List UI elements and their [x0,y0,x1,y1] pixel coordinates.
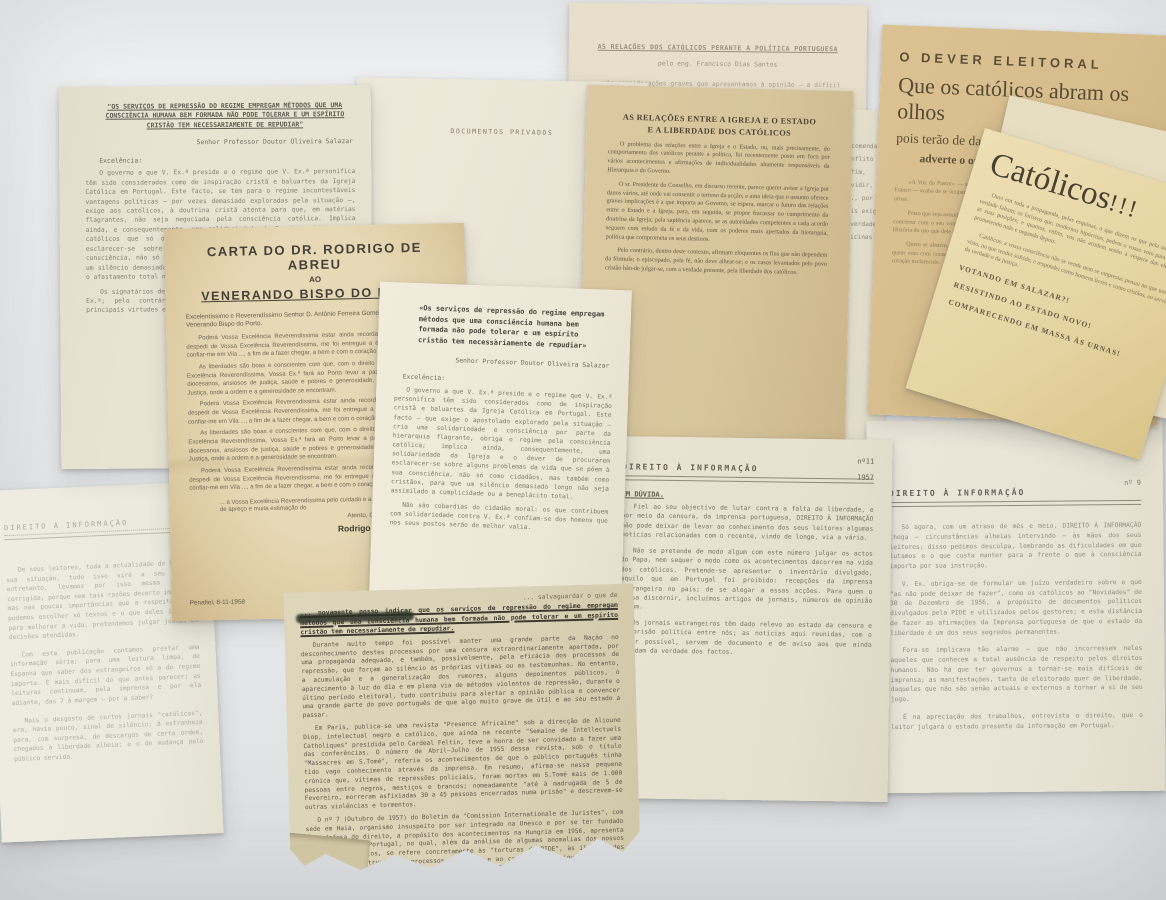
masthead-rule: 1957 [622,479,874,484]
bulletin-paragraph: Fora-se implicava tão alarme — que não i… [890,644,1143,705]
bulletin-paragraph: De seus leitores, toda a actualidade de … [6,558,199,643]
carta-place-date: Penafiel, 8-11-1958 [190,599,245,607]
typed-byline: pelo eng. Francisco Dias Santos [595,59,841,70]
letter-paragraph: O governo a que V. Ex.ª preside e o regi… [391,385,613,503]
bulletin-paragraph: Mais o desgosto de certos jornais "catól… [12,708,204,764]
document-excelencia-letter: «Os serviços de repressão do regime empr… [368,282,632,633]
bulletin-paragraph: V. Ex. obriga-se de formular um juízo ve… [890,578,1143,639]
bulletin-issue-number: nº11 [857,458,874,466]
document-direito-informacao-9: DIREITO À INFORMAÇÃO nº 9 Só agora, com … [866,419,1165,794]
bulletin-masthead: DIREITO À INFORMAÇÃO [889,488,1025,498]
pamphlet-kicker: O DEVER ELEITORAL [899,49,1153,74]
bulletin-paragraph: Com esta publicação contamos prestar uma… [9,643,201,709]
flyer-title-exclamations: !!! [1105,190,1141,224]
typed-title: AS RELAÇÕES DOS CATÓLICOS PERANTE A POLÍ… [595,43,841,54]
letter-paragraph: Não são cobardias do cidadão moral: os q… [389,500,608,535]
document-massacres-pide-page: ... salvaguardar o que de ... novamente … [283,583,640,874]
letter-quote-header: "OS SERVIÇOS DE REPRESSÃO DO REGIME EMPR… [103,101,347,131]
photograph-of-documents: AS RELAÇÕES DOS CATÓLICOS PERANTE A POLÍ… [0,0,1166,900]
bulletin-paragraph: Os jornais estrangeiros têm dado relevo … [619,618,872,659]
letter-salutation: Senhor Professor Doutor Oliveira Salazar [85,137,353,147]
bulletin-paragraph: Só agora, com um atraso de mês e meio, D… [889,521,1141,572]
bulletin-issue-number: nº 9 [1124,479,1141,487]
carta-title: CARTA DO DR. RODRIGO DE ABREU [184,239,445,274]
letter-quote: «Os serviços de repressão do regime empr… [418,303,609,352]
document-direito-informacao-11: DIREITO À INFORMAÇÃO nº11 1957 EM DÚVIDA… [599,436,892,802]
bulletin-section-heading: EM DÚVIDA. [622,490,874,502]
essay-paragraph: O sr. Presidente do Conselho, em discurs… [606,180,829,247]
bulletin-paragraph: Não se pretende de modo algum com este n… [620,546,873,616]
folded-corner [270,831,370,886]
essay-paragraph: O problema das relações entre a Igreja e… [607,140,830,181]
essay-paragraph: Pelo contrário, dentro deste contexto, a… [605,247,828,279]
bulletin-masthead: DIREITO À INFORMAÇÃO [622,462,758,473]
letter-salutation: Senhor Professor Doutor Oliveira Salazar [395,354,609,369]
page-paragraph: Durante muito tempo foi possível manter … [301,634,621,721]
bulletin-year: 1957 [857,474,874,482]
masthead-rule [889,500,1141,503]
letter-opening: Excelência: [403,373,613,388]
letter-opening: Excelência: [99,155,355,165]
masthead-rule [889,504,1141,507]
bulletin-paragraph: É na apreciação dos trabalhos, entrevist… [891,711,1143,733]
bulletin-paragraph: Fiel ao seu objectivo de lutar contra a … [621,502,874,543]
page-paragraph: Em Paris, publica-se uma revista "Presen… [303,717,623,813]
